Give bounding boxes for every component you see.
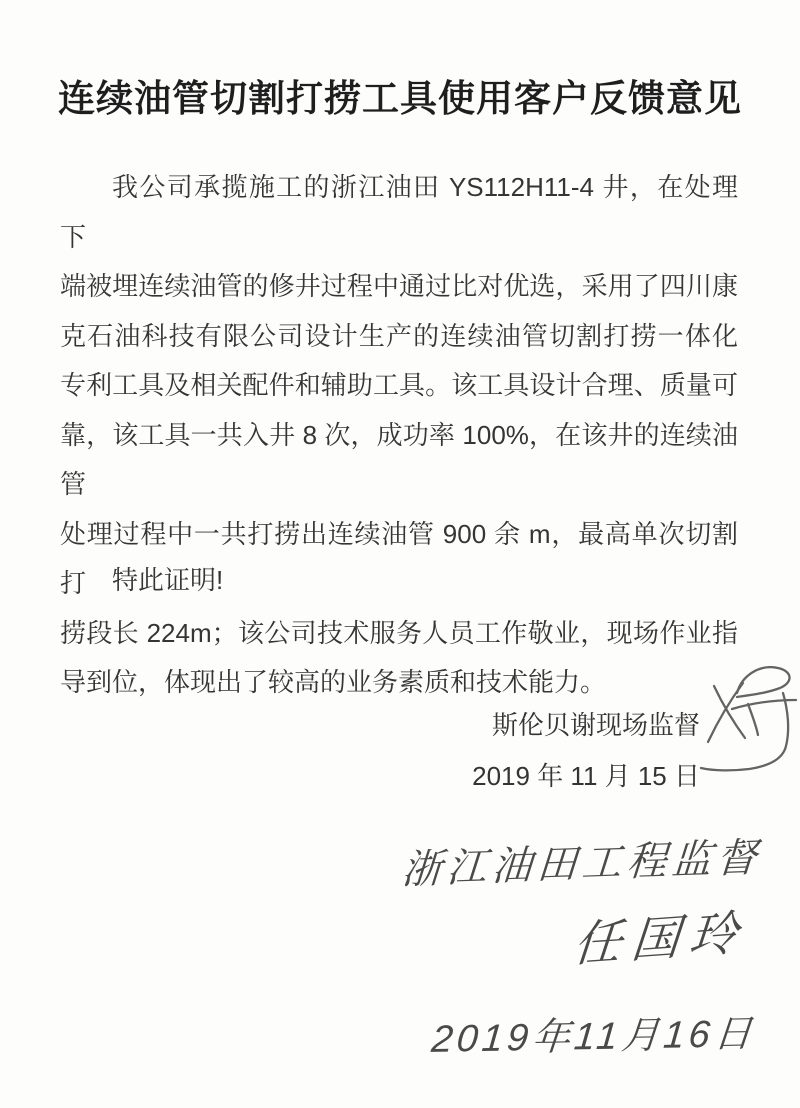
handwritten-signer-title: 浙江油田工程监督 <box>400 826 764 896</box>
supervisor-handwritten-signature <box>688 662 800 802</box>
body-line: 我公司承揽施工的浙江油田 YS112H11-4 井，在处理下 <box>60 163 738 262</box>
handwritten-signer-name: 任国玲 <box>571 894 751 976</box>
body-line: 克石油科技有限公司设计生产的连续油管切割打捞一体化 <box>60 312 738 362</box>
signer-title: 斯伦贝谢现场监督 <box>472 700 700 751</box>
body-line: 端被埋连续油管的修井过程中通过比对优选，采用了四川康 <box>60 262 738 312</box>
body-paragraph: 我公司承揽施工的浙江油田 YS112H11-4 井，在处理下 端被埋连续油管的修… <box>60 163 738 708</box>
document-title: 连续油管切割打捞工具使用客户反馈意见 <box>0 68 800 122</box>
scanned-document-page: 连续油管切割打捞工具使用客户反馈意见 我公司承揽施工的浙江油田 YS112H11… <box>0 0 800 1108</box>
handwritten-signature-date: 2019年11月16日 <box>429 1002 758 1063</box>
body-line: 专利工具及相关配件和辅助工具。该工具设计合理、质量可 <box>60 361 738 411</box>
printed-signature-date: 2019 年 11 月 15 日 <box>472 751 700 802</box>
printed-signature-block: 斯伦贝谢现场监督 2019 年 11 月 15 日 <box>472 700 700 802</box>
closing-statement: 特此证明! <box>112 556 223 606</box>
body-line: 靠，该工具一共入井 8 次，成功率 100%，在该井的连续油管 <box>60 411 738 510</box>
body-line: 捞段长 224m；该公司技术服务人员工作敬业，现场作业指 <box>60 609 738 659</box>
